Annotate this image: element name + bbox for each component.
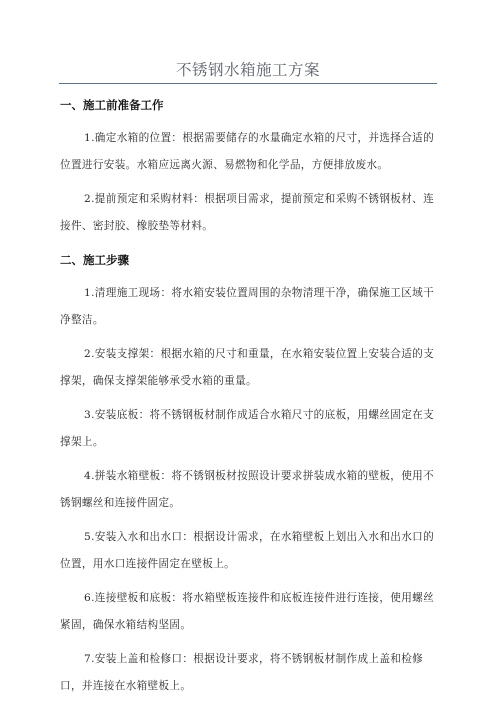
document-title: 不锈钢水箱施工方案 — [0, 60, 496, 80]
section-heading-preparation: 一、施工前准备工作 — [60, 92, 440, 118]
paragraph-prep-2: 2.提前预定和采购材料：根据项目需求，提前预定和采购不锈钢板材、连接件、密封胶、… — [60, 186, 440, 240]
document-body: 一、施工前准备工作 1.确定水箱的位置：根据需要储存的水量确定水箱的尺寸，并选择… — [60, 90, 440, 700]
paragraph-step-1: 1.清理施工现场：将水箱安装位置周围的杂物清理干净，确保施工区域干净整洁。 — [60, 280, 440, 334]
paragraph-step-7: 7.安装上盖和检修口：根据设计要求，将不锈钢板材制作成上盖和检修口，并连接在水箱… — [60, 646, 440, 700]
paragraph-step-3: 3.安装底板：将不锈钢板材制作成适合水箱尺寸的底板，用螺丝固定在支撑架上。 — [60, 402, 440, 456]
paragraph-step-4: 4.拼装水箱壁板：将不锈钢板材按照设计要求拼装成水箱的壁板，使用不锈钢螺丝和连接… — [60, 463, 440, 517]
section-heading-steps: 二、施工步骤 — [60, 247, 440, 273]
paragraph-step-5: 5.安装入水和出水口：根据设计需求，在水箱壁板上划出入水和出水口的位置，用水口连… — [60, 524, 440, 578]
paragraph-step-6: 6.连接壁板和底板：将水箱壁板连接件和底板连接件进行连接，使用螺丝紧固，确保水箱… — [60, 585, 440, 639]
paragraph-prep-1: 1.确定水箱的位置：根据需要储存的水量确定水箱的尺寸，并选择合适的位置进行安装。… — [60, 125, 440, 179]
paragraph-step-2: 2.安装支撑架：根据水箱的尺寸和重量，在水箱安装位置上安装合适的支撑架，确保支撑… — [60, 341, 440, 395]
title-divider — [59, 83, 437, 84]
document-page: 不锈钢水箱施工方案 一、施工前准备工作 1.确定水箱的位置：根据需要储存的水量确… — [0, 0, 496, 702]
